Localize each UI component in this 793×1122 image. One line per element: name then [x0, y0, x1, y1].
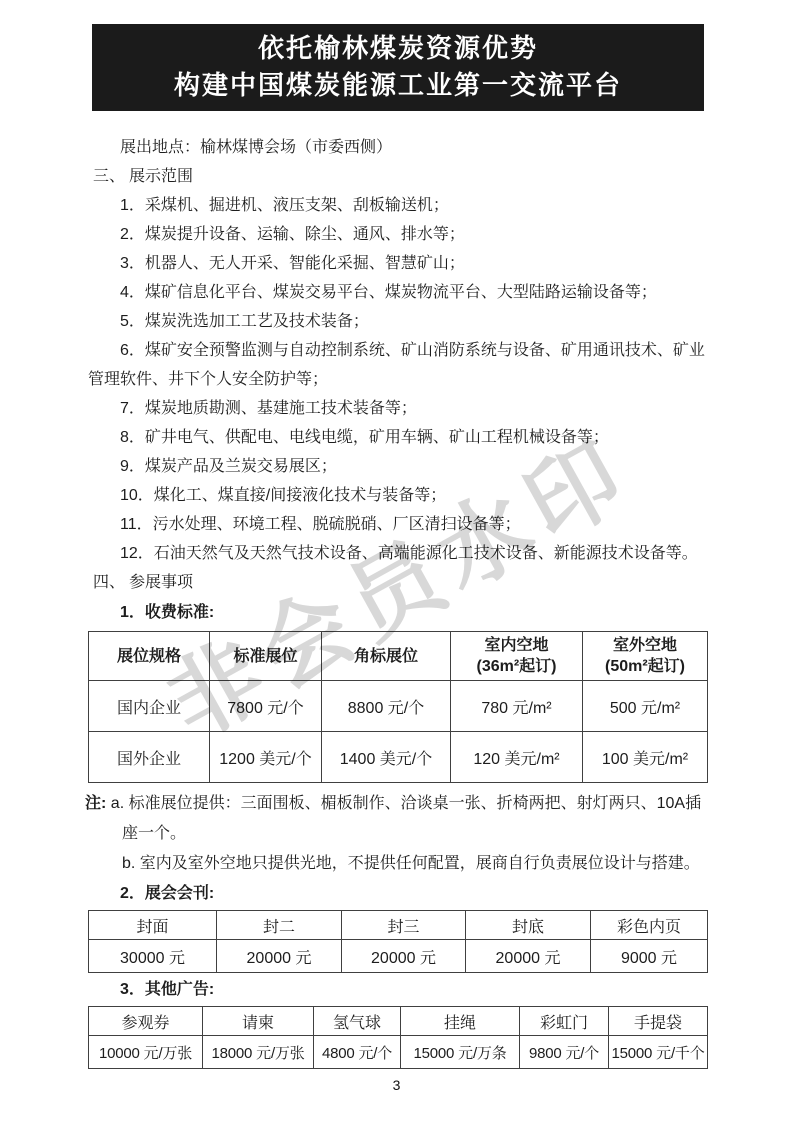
note-label: 注: — [85, 795, 106, 812]
fees-title: 1．收费标准: — [120, 598, 793, 627]
fees-header-text: 室内空地 — [451, 635, 582, 656]
note-a-marker: a. — [111, 795, 124, 812]
fees-header-cell: 角标展位 — [322, 632, 451, 681]
fees-header-subtext: (36m²起订) — [451, 656, 582, 677]
fees-header-cell: 展位规格 — [89, 632, 210, 681]
scope-item-list: 1．采煤机、掘进机、液压支架、刮板输送机； 2．煤炭提升设备、运输、除尘、通风、… — [0, 191, 793, 568]
journal-cell: 20000 元 — [342, 940, 466, 973]
scope-item: 9．煤炭产品及兰炭交易展区； — [88, 452, 712, 481]
fees-cell: 国外企业 — [89, 732, 210, 783]
note-b-marker: b. — [122, 855, 135, 872]
scope-item: 4．煤矿信息化平台、煤炭交易平台、煤炭物流平台、大型陆路运输设备等； — [88, 278, 712, 307]
journal-value-row: 30000 元 20000 元 20000 元 20000 元 9000 元 — [89, 940, 708, 973]
scope-item: 11．污水处理、环境工程、脱硫脱硝、厂区清扫设备等； — [88, 510, 712, 539]
fees-cell: 1200 美元/个 — [210, 732, 322, 783]
journal-title: 2．展会会刊: — [120, 881, 793, 907]
banner-line-1: 依托榆林煤炭资源优势 — [92, 30, 704, 67]
scope-item: 2．煤炭提升设备、运输、除尘、通风、排水等； — [88, 220, 712, 249]
journal-header-cell: 封二 — [217, 911, 342, 940]
fees-cell: 120 美元/m² — [451, 732, 583, 783]
page-number: 3 — [0, 1077, 793, 1093]
fees-cell: 7800 元/个 — [210, 681, 322, 732]
ads-cell: 4800 元/个 — [314, 1036, 401, 1069]
scope-item: 12．石油天然气及天然气技术设备、高端能源化工技术设备、新能源技术设备等。 — [88, 539, 712, 568]
scope-item: 1．采煤机、掘进机、液压支架、刮板输送机； — [88, 191, 712, 220]
note-a: 注: a. 标准展位提供：三面围板、楣板制作、洽谈桌一张、折椅两把、射灯两只、1… — [85, 789, 705, 849]
fees-cell: 国内企业 — [89, 681, 210, 732]
venue-line: 展出地点：榆林煤博会场（市委西侧） — [120, 133, 793, 162]
fees-cell: 100 美元/m² — [583, 732, 708, 783]
journal-cell: 20000 元 — [466, 940, 591, 973]
journal-cell: 20000 元 — [217, 940, 342, 973]
ads-table: 参观券 请柬 氢气球 挂绳 彩虹门 手提袋 10000 元/万张 18000 元… — [88, 1006, 708, 1069]
journal-header-cell: 封面 — [89, 911, 217, 940]
scope-item: 8．矿井电气、供配电、电线电缆，矿用车辆、矿山工程机械设备等； — [88, 423, 712, 452]
ads-header-cell: 手提袋 — [609, 1007, 708, 1036]
section-4-heading: 四、参展事项 — [93, 568, 793, 597]
journal-table: 封面 封二 封三 封底 彩色内页 30000 元 20000 元 20000 元… — [88, 910, 708, 973]
fees-table: 展位规格 标准展位 角标展位 室内空地(36m²起订) 室外空地(50m²起订)… — [88, 631, 708, 783]
note-b-text: 室内及室外空地只提供光地，不提供任何配置，展商自行负责展位设计与搭建。 — [140, 855, 700, 872]
scope-item: 10．煤化工、煤直接/间接液化技术与装备等； — [88, 481, 712, 510]
fees-header-text: 室外空地 — [583, 635, 707, 656]
document-page: 依托榆林煤炭资源优势 构建中国煤炭能源工业第一交流平台 展出地点：榆林煤博会场（… — [0, 0, 793, 1122]
journal-header-cell: 封底 — [466, 911, 591, 940]
fees-cell: 1400 美元/个 — [322, 732, 451, 783]
ads-cell: 9800 元/个 — [520, 1036, 609, 1069]
fees-header-cell: 标准展位 — [210, 632, 322, 681]
section-4-number: 四、 — [93, 574, 125, 591]
title-banner: 依托榆林煤炭资源优势 构建中国煤炭能源工业第一交流平台 — [92, 24, 704, 111]
fees-cell: 8800 元/个 — [322, 681, 451, 732]
section-3-title: 展示范围 — [129, 168, 193, 185]
fees-row-domestic: 国内企业 7800 元/个 8800 元/个 780 元/m² 500 元/m² — [89, 681, 708, 732]
fees-header-text: 展位规格 — [89, 646, 209, 667]
section-3-number: 三、 — [93, 168, 125, 185]
fees-header-text: 角标展位 — [322, 646, 450, 667]
ads-header-cell: 请柬 — [203, 1007, 314, 1036]
fees-cell: 780 元/m² — [451, 681, 583, 732]
section-3-heading: 三、展示范围 — [93, 162, 793, 191]
scope-item: 7．煤炭地质勘测、基建施工技术装备等； — [88, 394, 712, 423]
fees-header-cell: 室内空地(36m²起订) — [451, 632, 583, 681]
fees-header-row: 展位规格 标准展位 角标展位 室内空地(36m²起订) 室外空地(50m²起订) — [89, 632, 708, 681]
fees-header-text: 标准展位 — [210, 646, 321, 667]
note-b: b. 室内及室外空地只提供光地，不提供任何配置，展商自行负责展位设计与搭建。 — [122, 849, 793, 879]
ads-cell: 18000 元/万张 — [203, 1036, 314, 1069]
journal-header-cell: 彩色内页 — [591, 911, 708, 940]
ads-cell: 15000 元/千个 — [609, 1036, 708, 1069]
ads-title: 3．其他广告: — [120, 977, 793, 1003]
banner-line-2: 构建中国煤炭能源工业第一交流平台 — [92, 67, 704, 104]
fees-row-foreign: 国外企业 1200 美元/个 1400 美元/个 120 美元/m² 100 美… — [89, 732, 708, 783]
ads-value-row: 10000 元/万张 18000 元/万张 4800 元/个 15000 元/万… — [89, 1036, 708, 1069]
journal-cell: 30000 元 — [89, 940, 217, 973]
ads-header-row: 参观券 请柬 氢气球 挂绳 彩虹门 手提袋 — [89, 1007, 708, 1036]
ads-header-cell: 氢气球 — [314, 1007, 401, 1036]
scope-item: 6．煤矿安全预警监测与自动控制系统、矿山消防系统与设备、矿用通讯技术、矿业管理软… — [88, 336, 712, 394]
scope-item: 3．机器人、无人开采、智能化采掘、智慧矿山； — [88, 249, 712, 278]
note-a-text: 标准展位提供：三面围板、楣板制作、洽谈桌一张、折椅两把、射灯两只、10A插座一个… — [122, 795, 701, 842]
fees-cell: 500 元/m² — [583, 681, 708, 732]
ads-header-cell: 参观券 — [89, 1007, 203, 1036]
ads-header-cell: 彩虹门 — [520, 1007, 609, 1036]
journal-header-row: 封面 封二 封三 封底 彩色内页 — [89, 911, 708, 940]
ads-cell: 15000 元/万条 — [401, 1036, 520, 1069]
journal-header-cell: 封三 — [342, 911, 466, 940]
scope-item: 5．煤炭洗选加工工艺及技术装备； — [88, 307, 712, 336]
journal-cell: 9000 元 — [591, 940, 708, 973]
ads-header-cell: 挂绳 — [401, 1007, 520, 1036]
fees-header-cell: 室外空地(50m²起订) — [583, 632, 708, 681]
section-4-title: 参展事项 — [129, 574, 193, 591]
ads-cell: 10000 元/万张 — [89, 1036, 203, 1069]
fees-header-subtext: (50m²起订) — [583, 656, 707, 677]
